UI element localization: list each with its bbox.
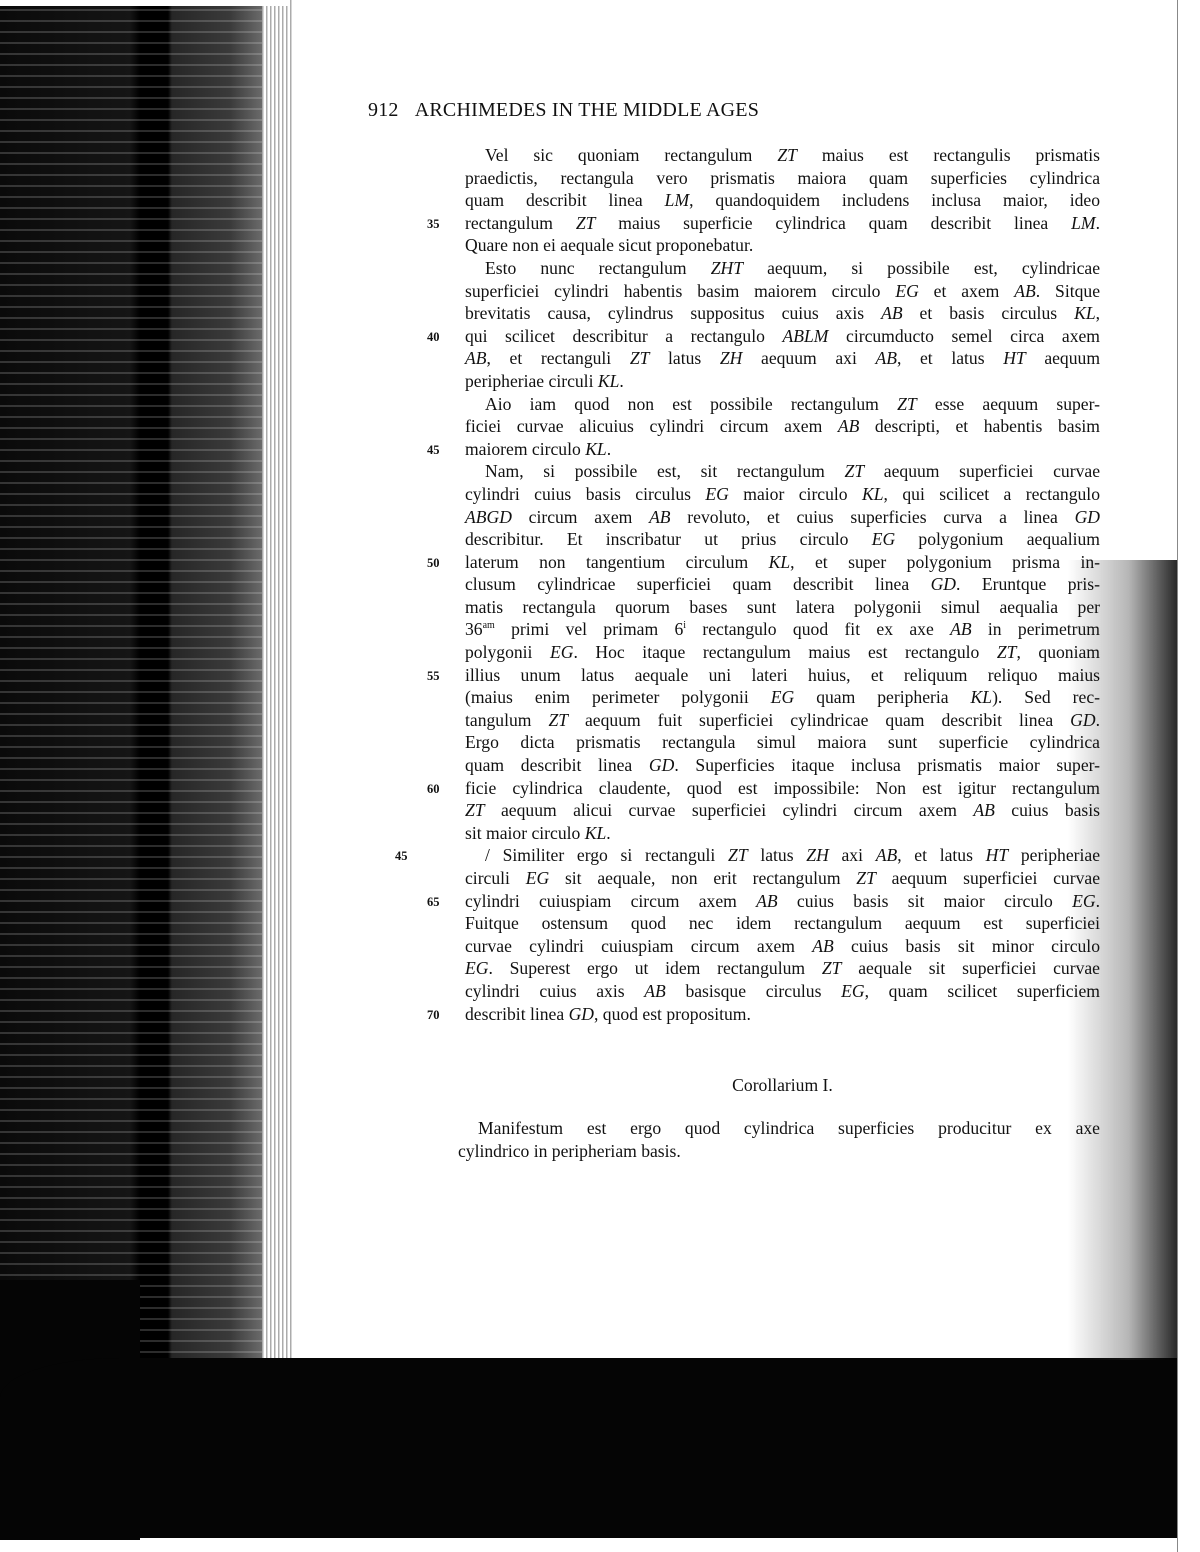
text-line: describitur. Et inscribatur ut prius cir… bbox=[465, 528, 1100, 551]
text-line: ficie cylindrica claudente, quod est imp… bbox=[465, 777, 1100, 800]
corollary-line: cylindrico in peripheriam basis. bbox=[458, 1140, 1100, 1163]
corollary-heading: Corollarium I. bbox=[465, 1075, 1100, 1096]
math-label: ZT bbox=[856, 868, 876, 888]
math-label: KL bbox=[1074, 303, 1096, 323]
text-line: quam describit linea GD. Superficies ita… bbox=[465, 754, 1100, 777]
math-label: GD bbox=[569, 1004, 594, 1024]
text-line: Esto nunc rectangulum ZHT aequum, si pos… bbox=[465, 257, 1100, 280]
math-label: KL bbox=[598, 371, 620, 391]
math-label: ZT bbox=[822, 958, 842, 978]
math-label: KL bbox=[971, 687, 993, 707]
math-label: ABGD bbox=[465, 507, 512, 527]
math-label: AB bbox=[644, 981, 666, 1001]
page-number: 912 bbox=[368, 99, 399, 121]
text-line: EG. Superest ergo ut idem rectangulum ZT… bbox=[465, 957, 1100, 980]
text-line: ficiei curvae alicuius cylindri circum a… bbox=[465, 415, 1100, 438]
line-number: 60 bbox=[427, 778, 451, 801]
math-label: ZHT bbox=[711, 258, 743, 278]
math-label: AB bbox=[950, 619, 972, 639]
text-line: superficiei cylindri habentis basim maio… bbox=[465, 280, 1100, 303]
math-label: GD bbox=[1075, 507, 1100, 527]
line-number: 40 bbox=[427, 326, 451, 349]
text-line: ZT aequum alicui curvae superficiei cyli… bbox=[465, 799, 1100, 822]
math-label: LM bbox=[1071, 213, 1095, 233]
text-line: sit maior circulo KL. bbox=[465, 822, 1100, 845]
line-number: 65 bbox=[427, 891, 451, 914]
math-label: EG bbox=[841, 981, 864, 1001]
body-text: Vel sic quoniam rectangulum ZT maius est… bbox=[465, 144, 1100, 1025]
text-line: clusum cylindricae superficiei quam desc… bbox=[465, 573, 1100, 596]
scan-binding-shadow-left bbox=[0, 0, 262, 1390]
math-label: AB bbox=[881, 303, 903, 323]
math-label: GD bbox=[1070, 710, 1095, 730]
math-label: AB bbox=[465, 348, 487, 368]
text-line: Fuitque ostensum quod nec idem rectangul… bbox=[465, 912, 1100, 935]
math-label: LM bbox=[665, 190, 689, 210]
math-label: ZT bbox=[777, 145, 797, 165]
text-line: 36am primi vel primam 6i rectangulo quod… bbox=[465, 618, 1100, 641]
line-number: 45 bbox=[427, 439, 451, 462]
text-line: tangulum ZT aequum fuit superficiei cyli… bbox=[465, 709, 1100, 732]
text-line: praedictis, rectangula vero prismatis ma… bbox=[465, 167, 1100, 190]
math-label: GD bbox=[931, 574, 956, 594]
running-title: ARCHIMEDES IN THE MIDDLE AGES bbox=[415, 99, 759, 121]
text-line: AB, et rectanguli ZT latus ZH aequum axi… bbox=[465, 347, 1100, 370]
math-label: EG bbox=[550, 642, 573, 662]
math-label: HT bbox=[986, 845, 1009, 865]
math-label: AB bbox=[973, 800, 995, 820]
math-label: ZT bbox=[548, 710, 568, 730]
line-number: 70 bbox=[427, 1004, 451, 1027]
math-label: ABLM bbox=[783, 326, 829, 346]
text-line: quam describit linea LM, quandoquidem in… bbox=[465, 189, 1100, 212]
math-label: HT bbox=[1003, 348, 1026, 368]
line-number: 35 bbox=[427, 213, 451, 236]
math-label: ZT bbox=[630, 348, 650, 368]
line-number: 50 bbox=[427, 552, 451, 575]
text-line: laterum non tangentium circulum KL, et s… bbox=[465, 551, 1100, 574]
text-line: maiorem circulo KL.45 bbox=[465, 438, 1100, 461]
corollary-line: Manifestum est ergo quod cylindrica supe… bbox=[458, 1117, 1100, 1140]
math-label: KL bbox=[769, 552, 791, 572]
math-label: KL bbox=[585, 823, 607, 843]
math-label: ZH bbox=[806, 845, 829, 865]
math-label: AB bbox=[876, 845, 898, 865]
text-line: cylindri cuius basis circulus EG maior c… bbox=[465, 483, 1100, 506]
line-number: 55 bbox=[427, 665, 451, 688]
math-label: AB bbox=[756, 891, 778, 911]
text-line: cylindri cuius axis AB basisque circulus… bbox=[465, 980, 1100, 1003]
text-line: (maius enim perimeter polygonii EG quam … bbox=[465, 686, 1100, 709]
math-label: ZH bbox=[720, 348, 743, 368]
text-line: circuli EG sit aequale, non erit rectang… bbox=[465, 867, 1100, 890]
text-line: / Similiter ergo si rectanguli ZT latus … bbox=[465, 844, 1100, 867]
text-line: curvae cylindri cuiuspiam circum axem AB… bbox=[465, 935, 1100, 958]
text-line: peripheriae circuli KL. bbox=[465, 370, 1100, 393]
text-line: brevitatis causa, cylindrus suppositus c… bbox=[465, 302, 1100, 325]
math-label: EG bbox=[895, 281, 918, 301]
running-head: 912 ARCHIMEDES IN THE MIDDLE AGES bbox=[368, 99, 759, 122]
math-label: ZT bbox=[465, 800, 485, 820]
math-label: AB bbox=[812, 936, 834, 956]
math-label: AB bbox=[649, 507, 671, 527]
text-line: cylindri cuiuspiam circum axem AB cuius … bbox=[465, 890, 1100, 913]
math-label: ZT bbox=[576, 213, 596, 233]
text-line: ABGD circum axem AB revoluto, et cuius s… bbox=[465, 506, 1100, 529]
math-label: ZT bbox=[997, 642, 1017, 662]
text-line: matis rectangula quorum bases sunt later… bbox=[465, 596, 1100, 619]
scan-top-margin bbox=[0, 0, 290, 6]
math-label: AB bbox=[1014, 281, 1036, 301]
math-label: EG bbox=[465, 958, 488, 978]
math-label: EG bbox=[1072, 891, 1095, 911]
math-label: ZT bbox=[897, 394, 917, 414]
math-label: EG bbox=[526, 868, 549, 888]
text-line: illius unum latus aequale uni lateri hui… bbox=[465, 664, 1100, 687]
math-label: ZT bbox=[845, 461, 865, 481]
scan-right-edge-line bbox=[1177, 0, 1178, 1552]
scan-page-edges bbox=[262, 0, 292, 1390]
text-line: polygonii EG. Hoc itaque rectangulum mai… bbox=[465, 641, 1100, 664]
math-label: AB bbox=[838, 416, 860, 436]
text-line: Nam, si possibile est, sit rectangulum Z… bbox=[465, 460, 1100, 483]
math-label: KL bbox=[862, 484, 884, 504]
math-label: ZT bbox=[728, 845, 748, 865]
text-line: describit linea GD, quod est propositum.… bbox=[465, 1003, 1100, 1026]
math-label: AB bbox=[875, 348, 897, 368]
math-label: EG bbox=[872, 529, 895, 549]
text-line: qui scilicet describitur a rectangulo AB… bbox=[465, 325, 1100, 348]
superscript: i bbox=[683, 621, 686, 632]
text-line: Quare non ei aequale sicut proponebatur. bbox=[465, 234, 1100, 257]
math-label: GD bbox=[649, 755, 674, 775]
text-line: Vel sic quoniam rectangulum ZT maius est… bbox=[465, 144, 1100, 167]
corollary-text: Manifestum est ergo quod cylindrica supe… bbox=[458, 1117, 1100, 1162]
math-label: KL bbox=[585, 439, 607, 459]
scan-shadow-bottom bbox=[0, 1358, 1178, 1538]
text-line: rectangulum ZT maius superficie cylindri… bbox=[465, 212, 1100, 235]
math-label: EG bbox=[705, 484, 728, 504]
folio-marker: 45 bbox=[395, 845, 419, 868]
math-label: EG bbox=[771, 687, 794, 707]
superscript: am bbox=[483, 621, 495, 632]
text-line: Ergo dicta prismatis rectangula simul ma… bbox=[465, 731, 1100, 754]
text-line: Aio iam quod non est possibile rectangul… bbox=[465, 393, 1100, 416]
